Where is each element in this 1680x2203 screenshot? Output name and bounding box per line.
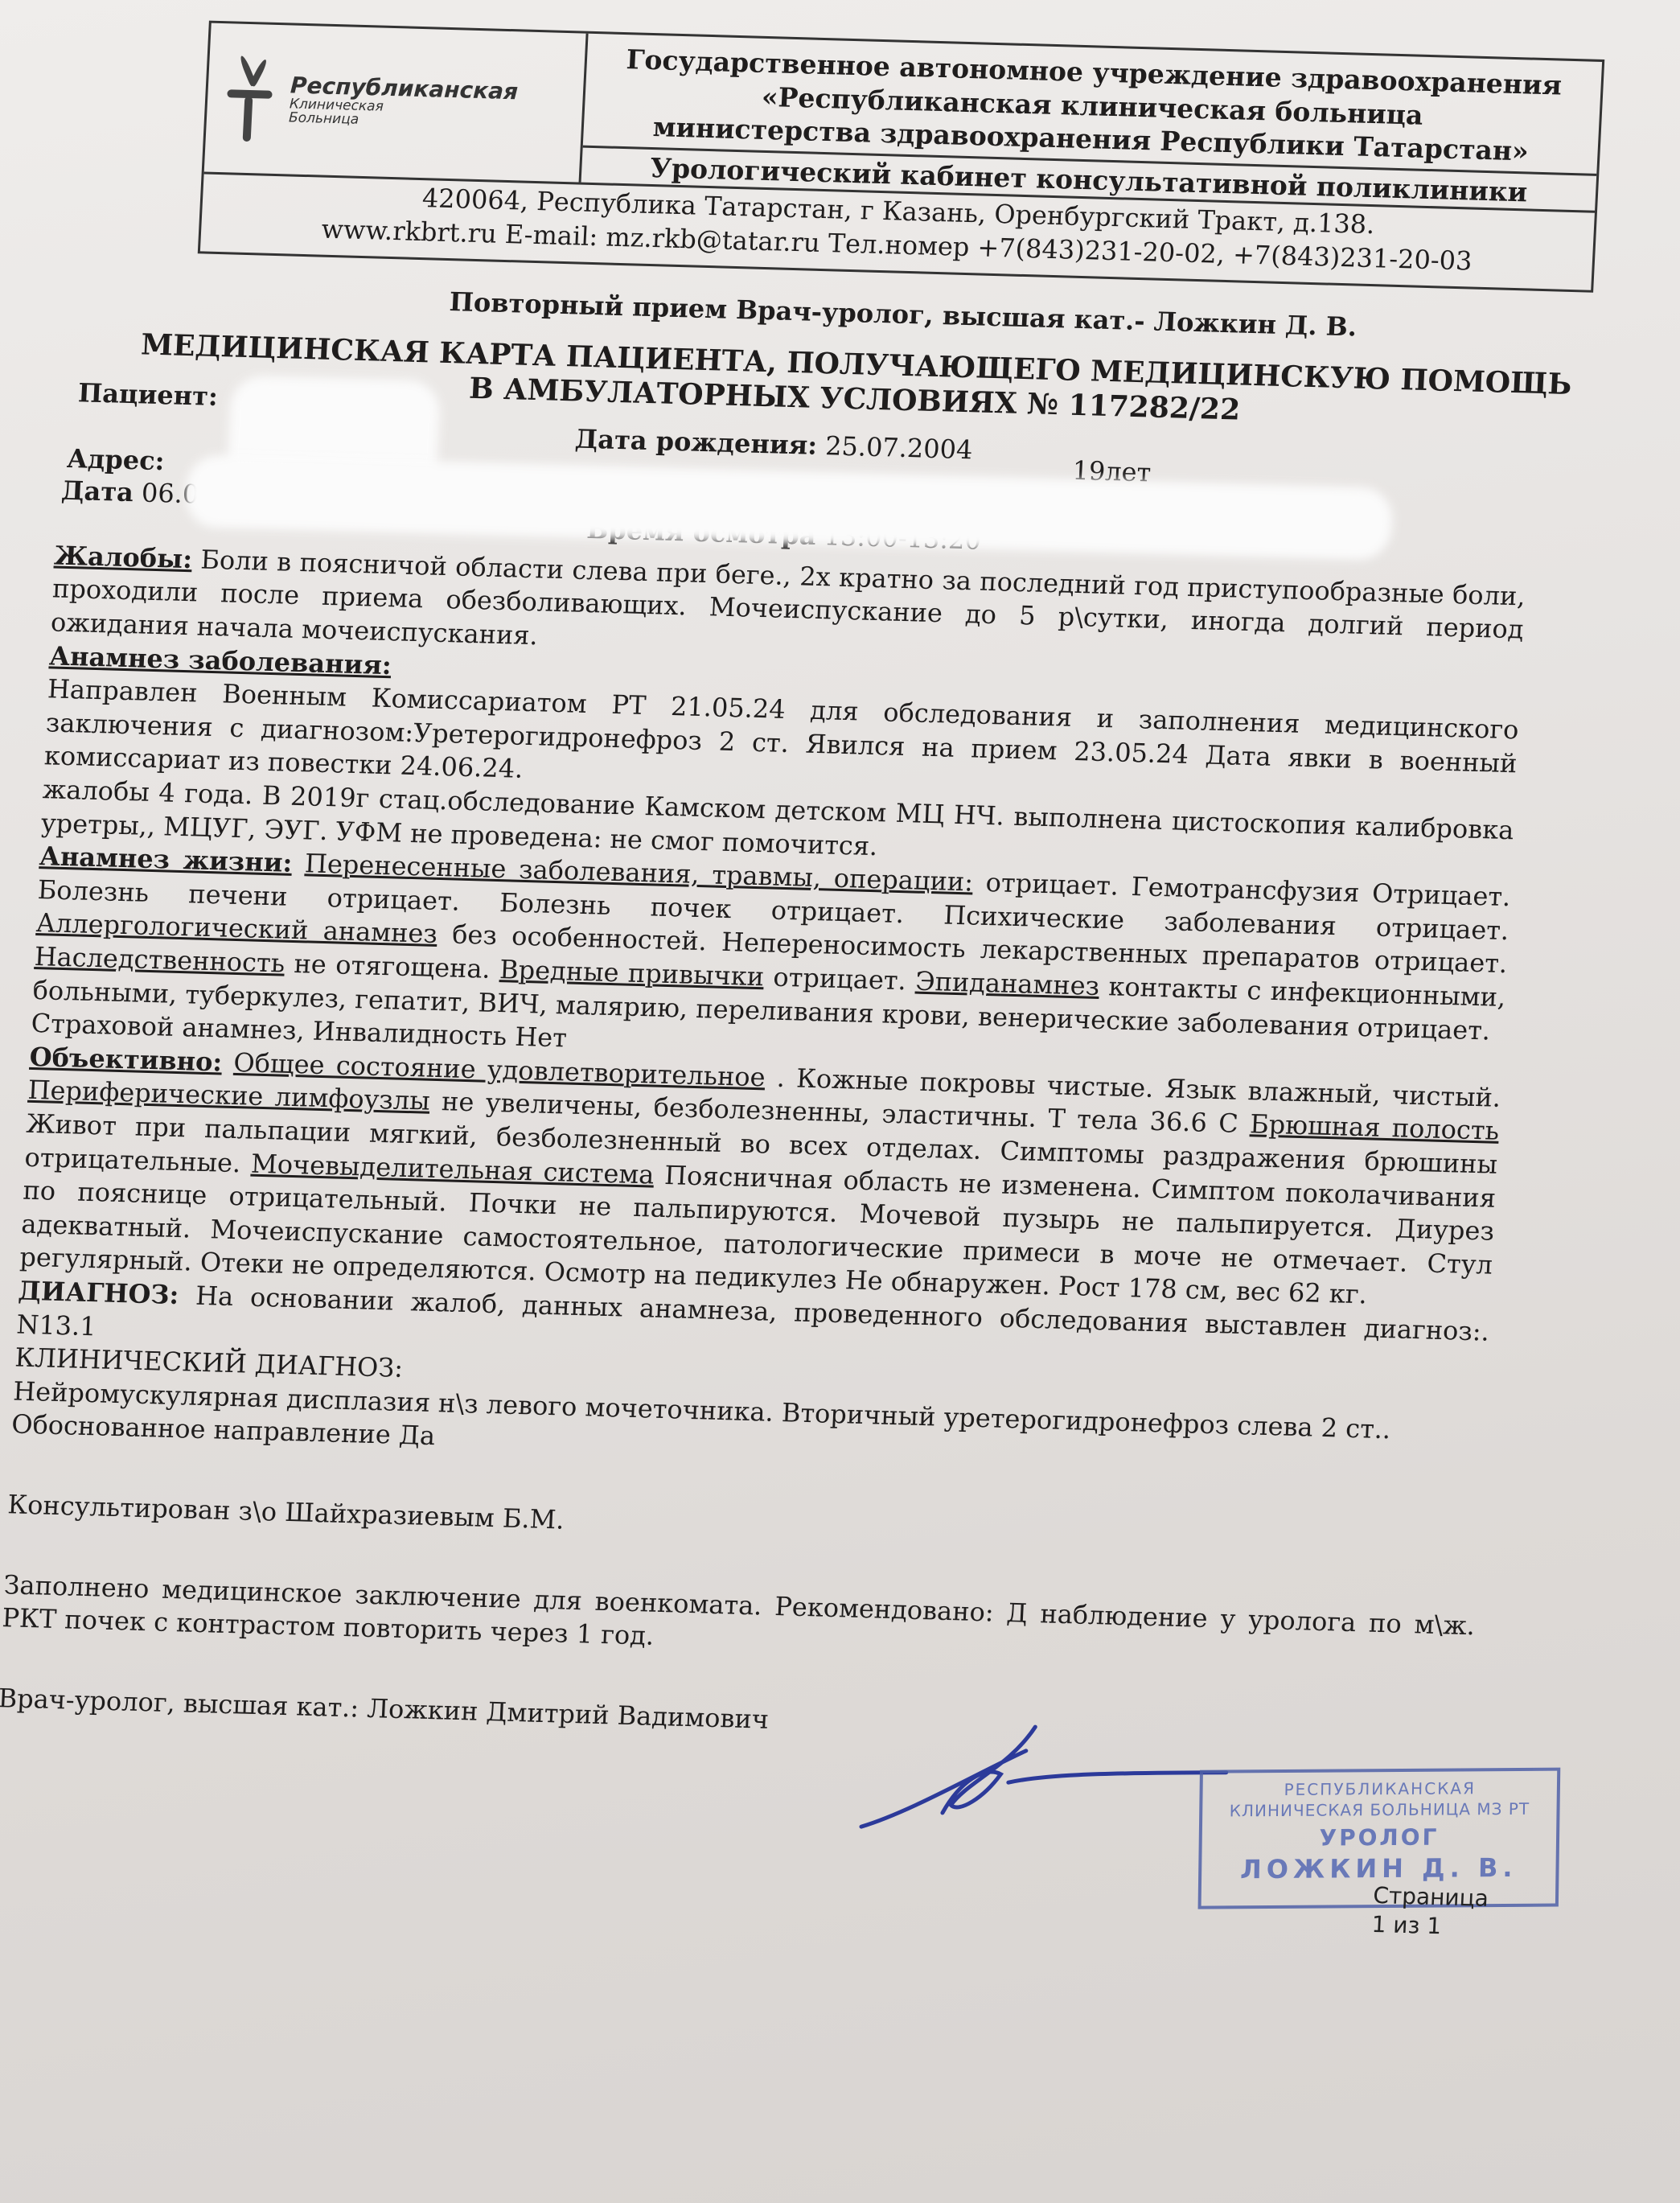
stamp-line-1: РЕСПУБЛИКАНСКАЯ (1202, 1777, 1557, 1800)
heredity-text: не отягощена. (284, 948, 500, 984)
page-number: Страница 1 из 1 (1371, 1881, 1489, 1943)
epid-label: Эпиданамнез (914, 966, 1100, 1001)
habits-label: Вредные привычки (499, 954, 765, 992)
complaints-label: Жалобы: (53, 540, 193, 574)
heredity-label: Наследственность (34, 941, 285, 979)
life-history-label: Анамнез жизни: (39, 841, 293, 878)
stamp-line-2: КЛИНИЧЕСКАЯ БОЛЬНИЦА МЗ РТ (1202, 1798, 1557, 1821)
abdomen-label: Брюшная полость (1249, 1109, 1500, 1147)
medical-record-sheet: Республиканская Клиническая Больница Гос… (0, 16, 1624, 1934)
logo-figure-icon (220, 54, 281, 144)
record-body: Жалобы: Боли в поясничой области слева п… (0, 539, 1526, 1931)
address-label: Адрес: (66, 443, 165, 476)
diagnosis-label: ДИАГНОЗ: (18, 1276, 180, 1311)
objective-section: Объективно: Общее состояние удовлетворит… (19, 1041, 1502, 1316)
date-label: Дата (60, 475, 134, 508)
habits-text: отрицает. (763, 961, 916, 996)
birth-date: 25.07.2004 (824, 430, 973, 465)
letterhead: Республиканская Клиническая Больница Гос… (198, 21, 1604, 293)
objective-label: Объективно: (29, 1042, 223, 1078)
signature-icon (844, 1713, 1237, 1852)
patient-label: Пациент: (77, 377, 219, 412)
stamp-line-3: УРОЛОГ (1202, 1822, 1557, 1853)
hospital-logo: Республиканская Клиническая Больница (204, 23, 589, 183)
organization-name: Государственное автономное учреждение зд… (581, 34, 1603, 211)
photographed-paper: Республиканская Клиническая Больница Гос… (0, 0, 1680, 2203)
birth-date-label: Дата рождения: (574, 423, 818, 460)
